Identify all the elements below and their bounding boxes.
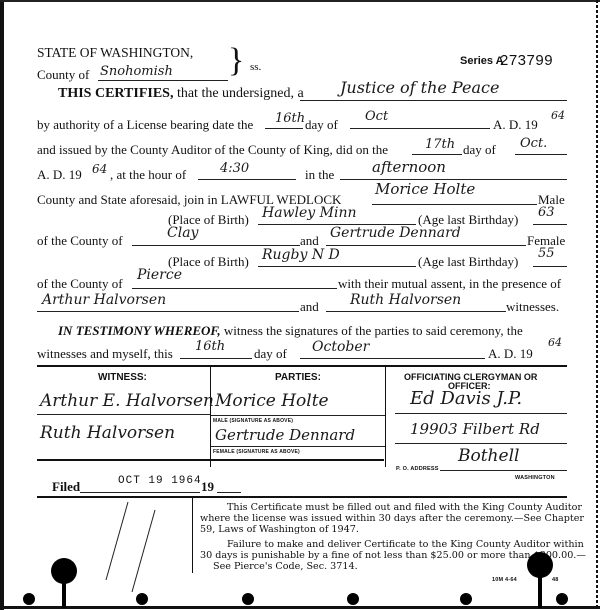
- county-label: County of: [37, 68, 89, 81]
- punch-hole-right-small: [460, 593, 472, 605]
- officer-signature: Ed Davis J.P.: [410, 390, 522, 408]
- license-month-underline: [350, 128, 490, 129]
- notice-line-6: See Pierce's Code, Sec. 3714.: [213, 561, 358, 573]
- female-birthplace-underline: [258, 266, 416, 267]
- county-underline: [98, 80, 228, 81]
- testimony-month: October: [312, 340, 369, 354]
- form-code: 10M 4-64: [492, 577, 517, 583]
- document-border-left: [0, 0, 4, 610]
- county-of-label: of the County of: [37, 234, 123, 247]
- ceremony-month-underline: [515, 154, 567, 155]
- witness-signature-1: Arthur E. Halvorsen: [40, 393, 214, 410]
- po-address-label: P. O. ADDRESS: [396, 466, 439, 472]
- witness-1-name: Arthur Halvorsen: [42, 293, 166, 307]
- officer-city: Bothell: [458, 448, 519, 465]
- age-label-2: (Age last Birthday): [418, 255, 518, 268]
- day-of-label-3: day of: [254, 347, 287, 360]
- state-label: STATE OF WASHINGTON,: [37, 46, 193, 60]
- hour-value: 4:30: [220, 162, 249, 175]
- officer-address: 19903 Filbert Rd: [410, 422, 540, 437]
- witness-header: WITNESS:: [98, 372, 147, 383]
- license-text: by authority of a License bearing date t…: [37, 118, 253, 131]
- certifies-prefix: THIS CERTIFIES,: [58, 86, 173, 101]
- hour-text: , at the hour of: [110, 168, 186, 181]
- male-birthplace: Hawley Minn: [262, 206, 357, 220]
- punch-hole-center-left: [136, 593, 148, 605]
- punch-hole-center-right: [347, 593, 359, 605]
- brace: }: [228, 44, 244, 78]
- ceremony-day: 17th: [425, 138, 455, 151]
- license-year: 64: [551, 110, 565, 121]
- ss-label: ss.: [250, 62, 261, 73]
- officiant-title: Justice of the Peace: [340, 80, 499, 96]
- assent-text: with their mutual assent, in the presenc…: [338, 277, 561, 290]
- ceremony-year: 64: [92, 163, 107, 175]
- series-label: Series A: [460, 56, 504, 67]
- testimony-month-underline: [300, 358, 485, 359]
- notice-divider: [192, 498, 193, 573]
- county-of-label-2: of the County of: [37, 277, 123, 290]
- hour-underline: [198, 179, 296, 180]
- license-day: 16th: [275, 112, 305, 125]
- ceremony-month: Oct.: [520, 137, 547, 150]
- male-county-underline: [132, 245, 300, 246]
- ad19-label-3: A. D. 19: [488, 347, 533, 360]
- license-day-underline: [265, 128, 303, 129]
- filed-label: Filed: [52, 480, 80, 493]
- signature-divider-1: [210, 367, 211, 467]
- female-name: Gertrude Dennard: [330, 226, 461, 240]
- male-age-underline: [533, 224, 567, 225]
- county-value: Snohomish: [100, 65, 173, 78]
- notice-top-rule: [37, 496, 567, 498]
- issued-text: and issued by the County Auditor of the …: [37, 143, 388, 156]
- female-county-underline: [132, 288, 337, 289]
- female-signature-line: [211, 446, 385, 447]
- witness-signature-1-line: [37, 414, 210, 415]
- female-county: Pierce: [137, 268, 182, 282]
- license-month: Oct: [365, 110, 388, 123]
- signature-divider-2: [385, 367, 386, 467]
- testimony-day-underline: [180, 358, 252, 359]
- female-age: 55: [538, 247, 555, 260]
- female-birthplace: Rugby N D: [262, 248, 340, 262]
- and-label: and: [300, 234, 319, 247]
- male-signature-line: [211, 415, 385, 416]
- filed-year-underline: [217, 492, 241, 493]
- witness-1-underline: [37, 311, 299, 312]
- form-code-suffix: 48: [552, 577, 559, 583]
- witness-signature-2: Ruth Halvorsen: [40, 425, 175, 442]
- state-caption: WASHINGTON: [515, 475, 555, 481]
- parties-header: PARTIES:: [275, 372, 321, 383]
- female-signature: Gertrude Dennard: [215, 428, 355, 443]
- male-name-underline: [372, 204, 537, 205]
- punch-hole-right-stem: [538, 575, 542, 608]
- day-of-label-2: day of: [463, 143, 496, 156]
- punch-hole-far-right: [556, 593, 568, 605]
- testimony-rest: witness the signatures of the parties to…: [224, 323, 523, 338]
- signature-block-bottom-rule: [37, 459, 384, 461]
- punch-hole-left-stem: [62, 580, 66, 608]
- female-age-underline: [533, 266, 567, 267]
- day-of-label: day of: [305, 118, 338, 131]
- myself-text: witnesses and myself, this: [37, 347, 173, 360]
- testimony-prefix: IN TESTIMONY WHEREOF,: [58, 323, 221, 338]
- punch-hole-center: [242, 593, 254, 605]
- testimony-day: 16th: [195, 340, 225, 353]
- officer-signature-line: [395, 413, 567, 414]
- notice-line-3: 59, Laws of Washington of 1947.: [200, 524, 359, 536]
- male-signature: Morice Holte: [215, 393, 329, 410]
- officer-address-line: [395, 443, 567, 444]
- witness-2-underline: [326, 311, 506, 312]
- period-value: afternoon: [372, 160, 446, 175]
- document-border-right: [596, 0, 598, 610]
- filed-nineteen: 19: [201, 480, 214, 493]
- po-address-line: [440, 470, 567, 471]
- testimony-year: 64: [548, 337, 562, 348]
- series-number: 273799: [500, 53, 553, 68]
- filed-stamp: OCT 19 1964: [118, 475, 202, 487]
- male-signature-caption: MALE (SIGNATURE AS ABOVE): [213, 418, 293, 424]
- ad-label: A. D. 19: [37, 168, 82, 181]
- female-signature-caption: FEMALE (SIGNATURE AS ABOVE): [213, 449, 300, 455]
- certifies-rest: that the undersigned, a: [177, 86, 304, 101]
- pen-strokes: [100, 500, 170, 600]
- signature-block-top-rule: [37, 365, 567, 367]
- male-county: Clay: [167, 226, 198, 240]
- in-the-label: in the: [305, 168, 334, 181]
- male-name: Morice Holte: [375, 182, 475, 197]
- female-name-underline: [326, 245, 526, 246]
- ad19-label: A. D. 19: [493, 118, 538, 131]
- and-label-2: and: [300, 300, 319, 313]
- ceremony-day-underline: [412, 154, 462, 155]
- officiant-underline: [300, 100, 567, 101]
- witnesses-label: witnesses.: [506, 300, 559, 313]
- document-border-bottom: [0, 606, 600, 609]
- document-border-top: [0, 0, 600, 2]
- filed-underline: [80, 492, 200, 493]
- witness-2-name: Ruth Halvorsen: [350, 293, 461, 307]
- male-age: 63: [538, 206, 555, 219]
- punch-hole-left-small: [23, 593, 35, 605]
